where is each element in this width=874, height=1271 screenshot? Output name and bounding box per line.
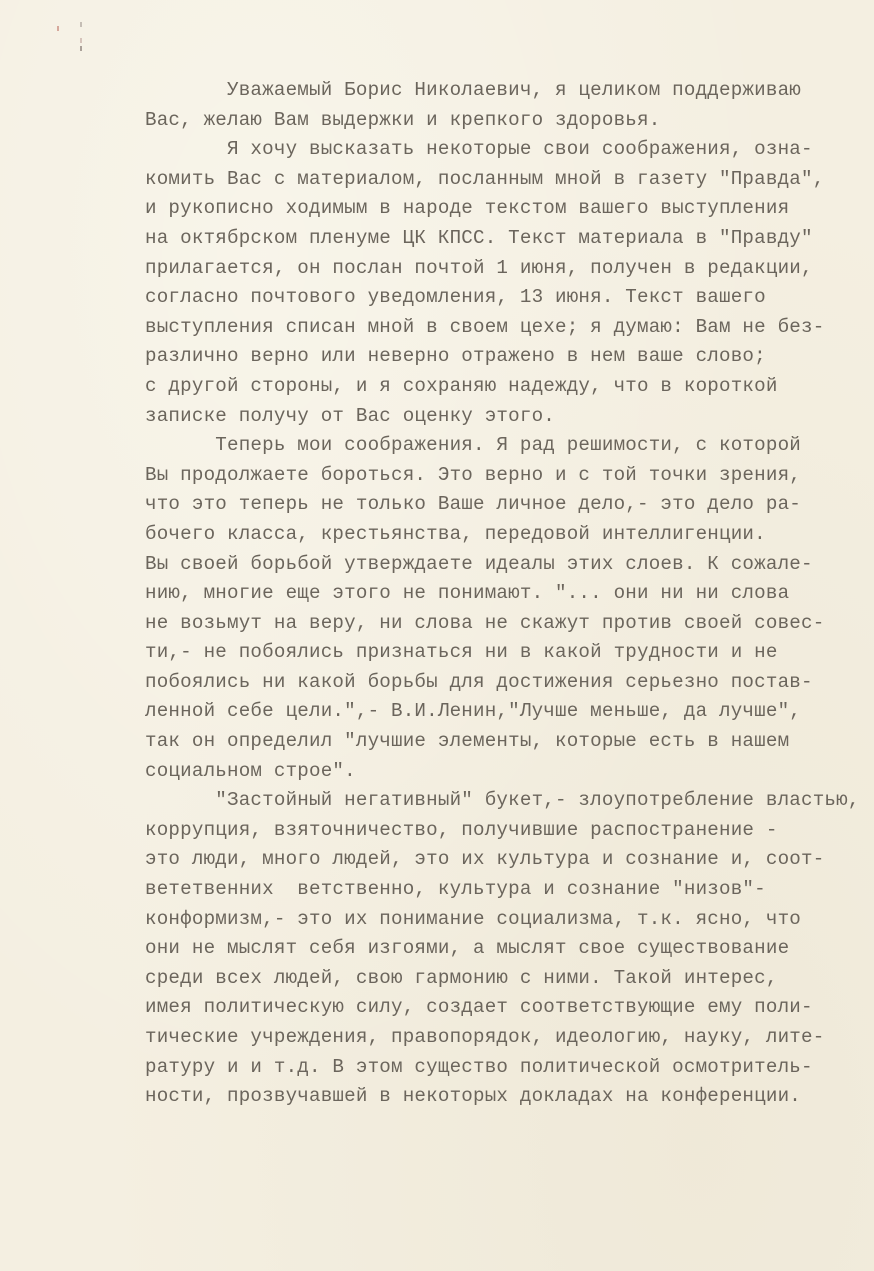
text-line: ленной себе цели.",- В.И.Ленин,"Лучше ме… bbox=[145, 697, 874, 727]
text-line: нию, многие еще этого не понимают. "... … bbox=[145, 579, 874, 609]
text-line: социальном строе". bbox=[145, 757, 874, 787]
text-line: ности, прозвучавшей в некоторых докладах… bbox=[145, 1082, 874, 1112]
text-line: ратуру и и т.д. В этом существо политиче… bbox=[145, 1053, 874, 1083]
text-line: это люди, много людей, это их культура и… bbox=[145, 845, 874, 875]
text-line: коррупция, взяточничество, получившие ра… bbox=[145, 816, 874, 846]
typewritten-page: Уважаемый Борис Николаевич, я целиком по… bbox=[0, 0, 874, 1271]
text-line: что это теперь не только Ваше личное дел… bbox=[145, 490, 874, 520]
margin-mark bbox=[80, 46, 82, 51]
text-line: побоялись ни какой борьбы для достижения… bbox=[145, 668, 874, 698]
text-line: выступления списан мной в своем цехе; я … bbox=[145, 313, 874, 343]
text-line: ти,- не побоялись признаться ни в какой … bbox=[145, 638, 874, 668]
text-line: Вас, желаю Вам выдержки и крепкого здоро… bbox=[145, 106, 874, 136]
text-line: Уважаемый Борис Николаевич, я целиком по… bbox=[145, 76, 874, 106]
text-line: вететвенних ветственно, культура и созна… bbox=[145, 875, 874, 905]
text-line: они не мыслят себя изгоями, а мыслят сво… bbox=[145, 934, 874, 964]
margin-mark bbox=[80, 38, 82, 43]
text-line: прилагается, он послан почтой 1 июня, по… bbox=[145, 254, 874, 284]
text-line: согласно почтового уведомления, 13 июня.… bbox=[145, 283, 874, 313]
text-line: не возьмут на веру, ни слова не скажут п… bbox=[145, 609, 874, 639]
text-line: записке получу от Вас оценку этого. bbox=[145, 402, 874, 432]
text-line: различно верно или неверно отражено в не… bbox=[145, 342, 874, 372]
text-line: конформизм,- это их понимание социализма… bbox=[145, 905, 874, 935]
margin-marks bbox=[55, 26, 95, 56]
text-line: среди всех людей, свою гармонию с ними. … bbox=[145, 964, 874, 994]
text-line: на октябрском пленуме ЦК КПСС. Текст мат… bbox=[145, 224, 874, 254]
text-line: комить Вас с материалом, посланным мной … bbox=[145, 165, 874, 195]
text-line: тические учреждения, правопорядок, идеол… bbox=[145, 1023, 874, 1053]
letter-body: Уважаемый Борис Николаевич, я целиком по… bbox=[145, 76, 874, 1112]
margin-mark bbox=[80, 22, 82, 27]
text-line: с другой стороны, и я сохраняю надежду, … bbox=[145, 372, 874, 402]
text-line: Вы продолжаете бороться. Это верно и с т… bbox=[145, 461, 874, 491]
text-line: бочего класса, крестьянства, передовой и… bbox=[145, 520, 874, 550]
text-line: и рукописно ходимым в народе текстом ваш… bbox=[145, 194, 874, 224]
text-line: Вы своей борьбой утверждаете идеалы этих… bbox=[145, 550, 874, 580]
text-line: Теперь мои соображения. Я рад решимости,… bbox=[145, 431, 874, 461]
text-line: так он определил "лучшие элементы, котор… bbox=[145, 727, 874, 757]
margin-mark bbox=[57, 26, 59, 31]
text-line: "Застойный негативный" букет,- злоупотре… bbox=[145, 786, 874, 816]
text-line: Я хочу высказать некоторые свои соображе… bbox=[145, 135, 874, 165]
text-line: имея политическую силу, создает соответс… bbox=[145, 993, 874, 1023]
